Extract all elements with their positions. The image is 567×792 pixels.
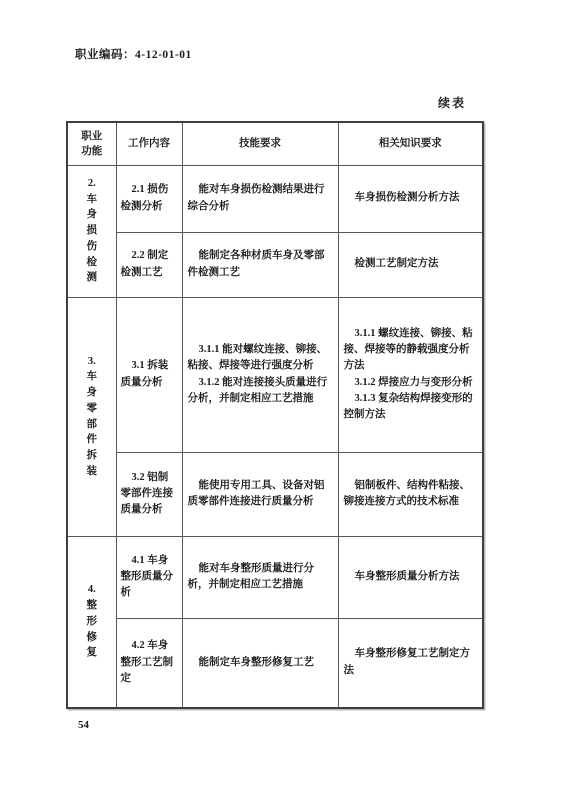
- table-row: 3. 车身零部件拆装 3.1 拆装质量分析 3.1.1 能对螺纹连接、铆接、粘接…: [67, 297, 483, 452]
- skill-text: 能制定车身整形修复工艺: [188, 655, 332, 671]
- knowledge-requirements-cell: 车身整形质量分析方法: [338, 536, 483, 618]
- skill-text: 3.1.1 能对螺纹连接、铆接、粘接、焊接等进行强度分析: [188, 342, 332, 375]
- knowledge-requirements-cell: 3.1.1 螺纹连接、铆接、粘接、焊接等的静载强度分析方法 3.1.2 焊接应力…: [338, 297, 483, 452]
- work-content-cell: 3.1 拆装质量分析: [116, 297, 182, 452]
- header-occupational-function: 职业功能: [67, 122, 116, 165]
- function-number: 2.: [69, 176, 115, 192]
- function-cell-body-parts-disassembly: 3. 车身零部件拆装: [67, 297, 116, 536]
- document-page: 职业编码：4-12-01-01 续表 职业功能 工作内容 技能要求 相关知识要求…: [0, 0, 567, 792]
- continued-table-label: 续表: [438, 94, 466, 111]
- skill-text: 能制定各种材质车身及零部件检测工艺: [188, 248, 332, 281]
- work-content-text: 2.1 损伤检测分析: [121, 182, 179, 215]
- table-row: 4. 整形修复 4.1 车身整形质量分析 能对车身整形质量进行分析，并制定相应工…: [67, 536, 483, 618]
- work-content-text: 3.2 铝制零部件连接质量分析: [121, 470, 179, 519]
- work-content-text: 4.2 车身整形工艺制定: [121, 638, 179, 687]
- header-skill-requirements: 技能要求: [182, 122, 338, 165]
- work-content-cell: 4.1 车身整形质量分析: [116, 536, 182, 618]
- skill-requirements-cell: 能对车身损伤检测结果进行综合分析: [182, 165, 338, 232]
- knowledge-requirements-cell: 车身损伤检测分析方法: [338, 165, 483, 232]
- knowledge-text: 检测工艺制定方法: [344, 256, 477, 272]
- header-knowledge-requirements: 相关知识要求: [338, 122, 483, 165]
- skill-requirements-cell: 能对车身整形质量进行分析，并制定相应工艺措施: [182, 536, 338, 618]
- knowledge-requirements-cell: 车身整形修复工艺制定方法: [338, 618, 483, 708]
- header-skill-requirements-label: 技能要求: [239, 136, 281, 151]
- skill-requirements-cell: 能使用专用工具、设备对铝质零部件连接进行质量分析: [182, 452, 338, 536]
- knowledge-text: 车身整形质量分析方法: [344, 569, 477, 585]
- occupational-standard-table: 职业功能 工作内容 技能要求 相关知识要求 2. 车身损伤检测 2.1 损伤检测…: [66, 121, 484, 709]
- work-content-cell: 4.2 车身整形工艺制定: [116, 618, 182, 708]
- work-content-cell: 2.1 损伤检测分析: [116, 165, 182, 232]
- knowledge-requirements-cell: 铝制板件、结构件粘接、铆接连接方式的技术标准: [338, 452, 483, 536]
- header-work-content-label: 工作内容: [128, 136, 170, 151]
- function-label: 车身损伤检测: [86, 192, 98, 287]
- table-row: 2.2 制定检测工艺 能制定各种材质车身及零部件检测工艺 检测工艺制定方法: [67, 232, 483, 297]
- table-header-row: 职业功能 工作内容 技能要求 相关知识要求: [67, 122, 483, 165]
- header-work-content: 工作内容: [116, 122, 182, 165]
- knowledge-text: 3.1.3 复杂结构焊接变形的控制方法: [344, 391, 477, 424]
- function-label: 整形修复: [86, 598, 98, 661]
- knowledge-text: 3.1.2 焊接应力与变形分析: [344, 375, 477, 391]
- skill-requirements-cell: 3.1.1 能对螺纹连接、铆接、粘接、焊接等进行强度分析 3.1.2 能对连接接…: [182, 297, 338, 452]
- table-row: 4.2 车身整形工艺制定 能制定车身整形修复工艺 车身整形修复工艺制定方法: [67, 618, 483, 708]
- knowledge-text: 车身损伤检测分析方法: [344, 190, 477, 206]
- page-number: 54: [78, 719, 89, 731]
- function-number: 4.: [69, 582, 115, 598]
- work-content-text: 2.2 制定检测工艺: [121, 248, 179, 281]
- skill-requirements-cell: 能制定车身整形修复工艺: [182, 618, 338, 708]
- skill-text: 能对车身整形质量进行分析，并制定相应工艺措施: [188, 561, 332, 594]
- work-content-cell: 2.2 制定检测工艺: [116, 232, 182, 297]
- skill-text: 能对车身损伤检测结果进行综合分析: [188, 182, 332, 215]
- function-number: 3.: [69, 354, 115, 370]
- skill-text: 3.1.2 能对连接接头质量进行分析，并制定相应工艺措施: [188, 375, 332, 408]
- work-content-text: 4.1 车身整形质量分析: [121, 553, 179, 602]
- function-cell-reshaping-repair: 4. 整形修复: [67, 536, 116, 708]
- table-row: 2. 车身损伤检测 2.1 损伤检测分析 能对车身损伤检测结果进行综合分析 车身…: [67, 165, 483, 232]
- function-cell-body-damage-detection: 2. 车身损伤检测: [67, 165, 116, 297]
- work-content-text: 3.1 拆装质量分析: [121, 358, 179, 391]
- header-knowledge-requirements-label: 相关知识要求: [379, 136, 442, 151]
- knowledge-requirements-cell: 检测工艺制定方法: [338, 232, 483, 297]
- knowledge-text: 铝制板件、结构件粘接、铆接连接方式的技术标准: [344, 478, 477, 511]
- work-content-cell: 3.2 铝制零部件连接质量分析: [116, 452, 182, 536]
- occupation-code-label: 职业编码：4-12-01-01: [75, 46, 192, 62]
- skill-text: 能使用专用工具、设备对铝质零部件连接进行质量分析: [188, 478, 332, 511]
- function-label: 车身零部件拆装: [86, 369, 98, 479]
- header-occupational-function-label: 职业功能: [80, 129, 103, 159]
- skill-requirements-cell: 能制定各种材质车身及零部件检测工艺: [182, 232, 338, 297]
- knowledge-text: 3.1.1 螺纹连接、铆接、粘接、焊接等的静载强度分析方法: [344, 326, 477, 375]
- table-row: 3.2 铝制零部件连接质量分析 能使用专用工具、设备对铝质零部件连接进行质量分析…: [67, 452, 483, 536]
- knowledge-text: 车身整形修复工艺制定方法: [344, 646, 477, 679]
